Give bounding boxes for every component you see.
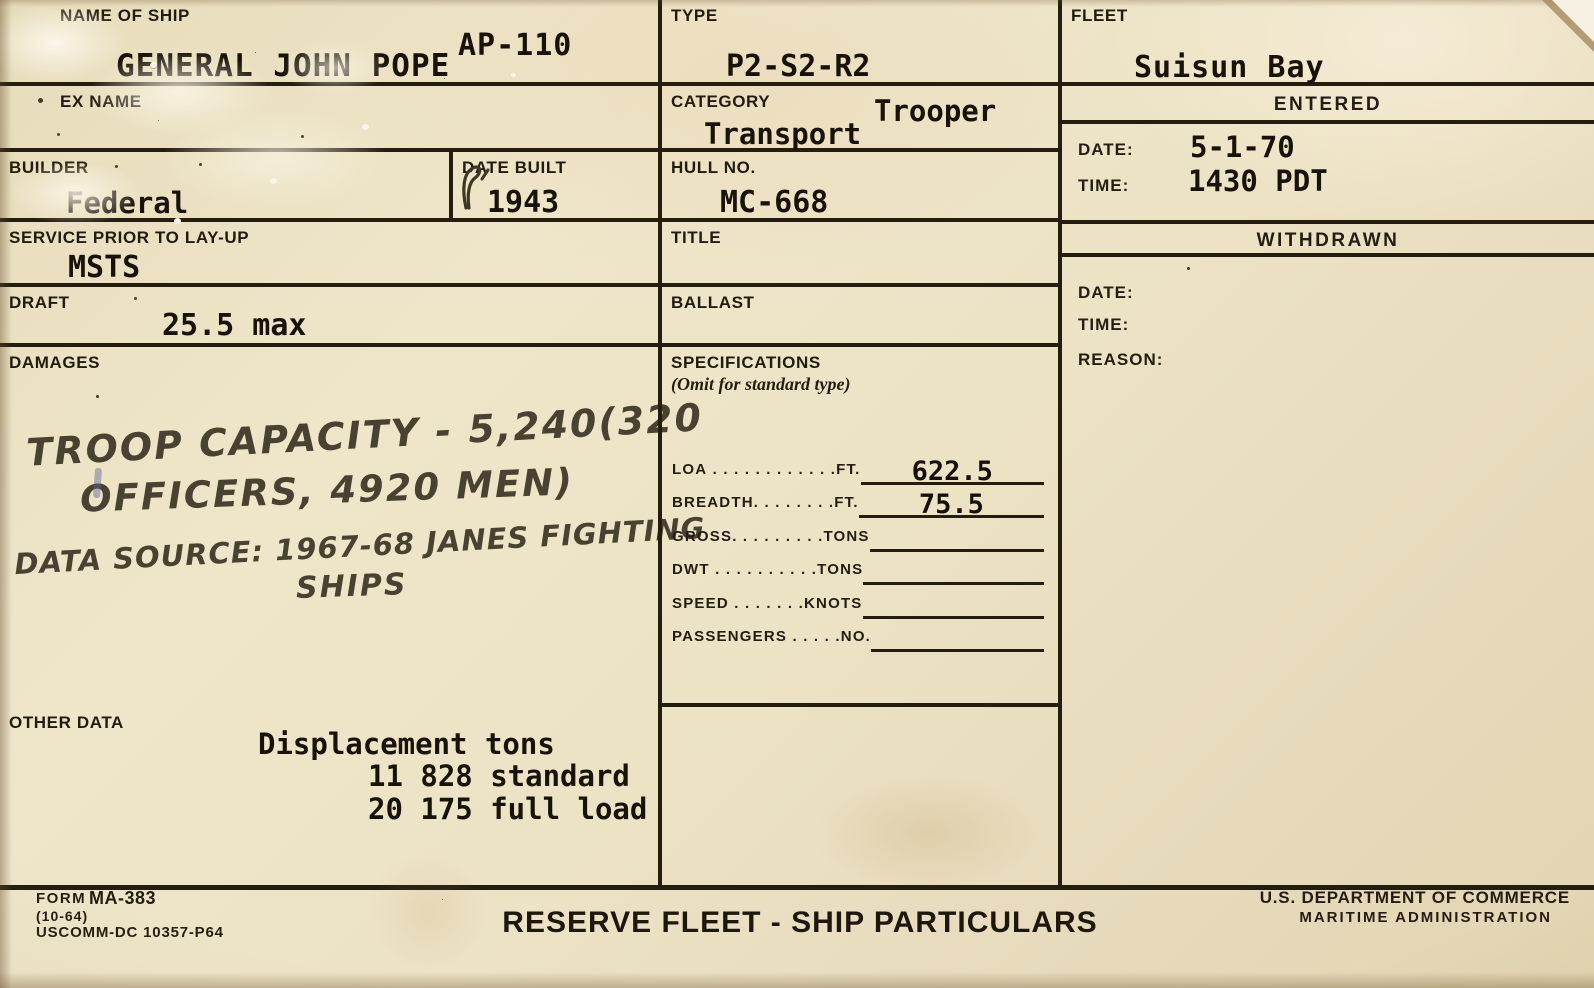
spec-speed-label: SPEED xyxy=(672,595,729,619)
damages-hand-line2: OFFICERS, 4920 MEN) xyxy=(79,460,574,520)
spec-loa-underline: 622.5 xyxy=(861,455,1044,485)
spec-gross-leader: . . . . . . . . . xyxy=(732,528,823,552)
spec-row-passengers: PASSENGERS . . . . .NO. xyxy=(672,619,1044,653)
type-label: TYPE xyxy=(671,6,718,26)
field-date-built: DATE BUILT 1943 xyxy=(449,152,658,222)
footer-agency-block: U.S. DEPARTMENT OF COMMERCE MARITIME ADM… xyxy=(1180,888,1570,926)
fleet-value: Suisun Bay xyxy=(1134,50,1325,85)
withdrawn-reason-label: REASON: xyxy=(1078,350,1163,370)
other-data-line2: 11 828 standard xyxy=(368,759,630,793)
other-data-label: OTHER DATA xyxy=(9,713,124,733)
specifications-label: SPECIFICATIONS xyxy=(671,353,821,373)
withdrawn-box: DATE: TIME: REASON: xyxy=(1058,257,1594,885)
field-category: CATEGORY Trooper Transport xyxy=(658,86,1058,152)
spec-passengers-leader: . . . . . xyxy=(787,628,841,652)
spec-breadth-leader: . . . . . . . . xyxy=(754,494,835,518)
draft-label: DRAFT xyxy=(9,293,70,313)
spec-breadth-underline: 75.5 xyxy=(859,488,1044,518)
middle-empty-box xyxy=(658,707,1058,885)
builder-value: Federal xyxy=(66,186,188,220)
field-hull-no: HULL NO. MC-668 xyxy=(658,152,1058,222)
spec-dwt-unit: TONS xyxy=(817,561,863,585)
footer-form-word: FORM xyxy=(36,890,86,907)
other-data-line1: Displacement tons xyxy=(258,727,555,761)
hull-no-label: HULL NO. xyxy=(671,158,756,178)
withdrawn-header: WITHDRAWN xyxy=(1062,230,1594,252)
spec-speed-unit: KNOTS xyxy=(804,595,863,619)
spec-loa-label: LOA xyxy=(672,461,707,485)
hull-no-value: MC-668 xyxy=(720,185,828,220)
other-data-line3: 20 175 full load xyxy=(368,792,647,826)
name-of-ship-label: NAME OF SHIP xyxy=(60,6,190,26)
footer-form-block: FORM MA-383 (10-64) USCOMM-DC 10357-P64 xyxy=(36,890,436,980)
withdrawn-date-label: DATE: xyxy=(1078,283,1134,303)
spec-row-speed: SPEED . . . . . . .KNOTS xyxy=(672,585,1044,619)
spec-dwt-label: DWT xyxy=(672,561,710,585)
field-damages: DAMAGES TROOP CAPACITY - 5,240(320 OFFIC… xyxy=(0,347,658,707)
footer-agency-line2: MARITIME ADMINISTRATION xyxy=(1180,909,1570,926)
draft-value: 25.5 max xyxy=(162,308,307,343)
field-name-of-ship: NAME OF SHIP AP-110 GENERAL JOHN POPE xyxy=(0,0,658,86)
footer-agency-line1: U.S. DEPARTMENT OF COMMERCE xyxy=(1180,888,1570,908)
entered-time-value: 1430 PDT xyxy=(1188,164,1328,198)
spec-row-loa: LOA . . . . . . . . . . . .FT. 622.5 xyxy=(672,451,1044,485)
builder-label: BUILDER xyxy=(9,158,89,178)
spec-row-breadth: BREADTH. . . . . . . .FT. 75.5 xyxy=(672,485,1044,519)
ballast-label: BALLAST xyxy=(671,293,755,313)
field-specifications: SPECIFICATIONS (Omit for standard type) … xyxy=(658,347,1058,707)
fleet-label: FLEET xyxy=(1071,6,1128,26)
field-builder: BUILDER Federal xyxy=(0,152,449,222)
spec-breadth-unit: FT. xyxy=(834,494,858,518)
service-prior-value: MSTS xyxy=(68,250,140,285)
spec-gross-unit: TONS xyxy=(823,528,869,552)
date-built-value: 1943 xyxy=(487,185,559,220)
spec-gross-label: GROSS xyxy=(672,528,732,552)
field-ex-name: EX NAME xyxy=(0,86,658,152)
field-fleet: FLEET Suisun Bay xyxy=(1058,0,1594,86)
title-label: TITLE xyxy=(671,228,721,248)
footer-form-rev: (10-64) xyxy=(36,908,88,924)
footer-form-number: MA-383 xyxy=(89,888,156,909)
type-value: P2-S2-R2 xyxy=(726,49,871,84)
entered-date-label: DATE: xyxy=(1078,140,1134,160)
service-prior-label: SERVICE PRIOR TO LAY-UP xyxy=(9,228,249,248)
entered-header: ENTERED xyxy=(1062,94,1594,116)
damages-label: DAMAGES xyxy=(9,353,100,373)
field-type: TYPE P2-S2-R2 xyxy=(658,0,1058,86)
spec-loa-leader: . . . . . . . . . . . . xyxy=(707,461,836,485)
field-ballast: BALLAST xyxy=(658,287,1058,347)
category-value-top: Trooper xyxy=(874,94,996,128)
spec-row-gross: GROSS. . . . . . . . .TONS xyxy=(672,518,1044,552)
spec-loa-value: 622.5 xyxy=(912,458,993,485)
withdrawn-time-label: TIME: xyxy=(1078,315,1129,335)
footer-title: RESERVE FLEET - SHIP PARTICULARS xyxy=(502,906,1097,939)
damages-hand-line1: TROOP CAPACITY - 5,240(320 xyxy=(25,395,704,474)
spec-dwt-leader: . . . . . . . . . . xyxy=(710,561,817,585)
field-title: TITLE xyxy=(658,222,1058,287)
entered-time-label: TIME: xyxy=(1078,176,1129,196)
footer-form-code: USCOMM-DC 10357-P64 xyxy=(36,924,224,941)
field-draft: DRAFT 25.5 max xyxy=(0,287,658,347)
spec-passengers-label: PASSENGERS xyxy=(672,628,787,652)
specifications-sublabel: (Omit for standard type) xyxy=(671,374,851,395)
footer-title-block: RESERVE FLEET - SHIP PARTICULARS xyxy=(480,906,1120,940)
spec-speed-leader: . . . . . . . xyxy=(729,595,804,619)
field-other-data: OTHER DATA Displacement tons 11 828 stan… xyxy=(0,707,658,885)
entered-header-box: ENTERED xyxy=(1058,86,1594,124)
entered-date-value: 5-1-70 xyxy=(1190,130,1295,164)
category-label: CATEGORY xyxy=(671,92,770,112)
spec-passengers-unit: NO. xyxy=(841,628,871,652)
ship-name-value: GENERAL JOHN POPE xyxy=(116,48,450,84)
spec-breadth-label: BREADTH xyxy=(672,494,754,518)
spec-breadth-value: 75.5 xyxy=(919,491,984,518)
ship-designation-value: AP-110 xyxy=(458,28,572,63)
ex-name-label: EX NAME xyxy=(60,92,142,112)
withdrawn-header-box: WITHDRAWN xyxy=(1058,224,1594,257)
spec-passengers-underline xyxy=(871,649,1044,652)
field-service-prior: SERVICE PRIOR TO LAY-UP MSTS xyxy=(0,222,658,287)
spec-loa-unit: FT. xyxy=(836,461,860,485)
damages-hand-line4: SHIPS xyxy=(295,567,408,606)
specifications-rows: LOA . . . . . . . . . . . .FT. 622.5 BRE… xyxy=(672,451,1044,652)
entered-box: DATE: 5-1-70 TIME: 1430 PDT xyxy=(1058,124,1594,224)
category-value-bottom: Transport xyxy=(704,117,861,151)
ship-particulars-card: NAME OF SHIP AP-110 GENERAL JOHN POPE EX… xyxy=(0,0,1594,988)
spec-row-dwt: DWT . . . . . . . . . .TONS xyxy=(672,552,1044,586)
